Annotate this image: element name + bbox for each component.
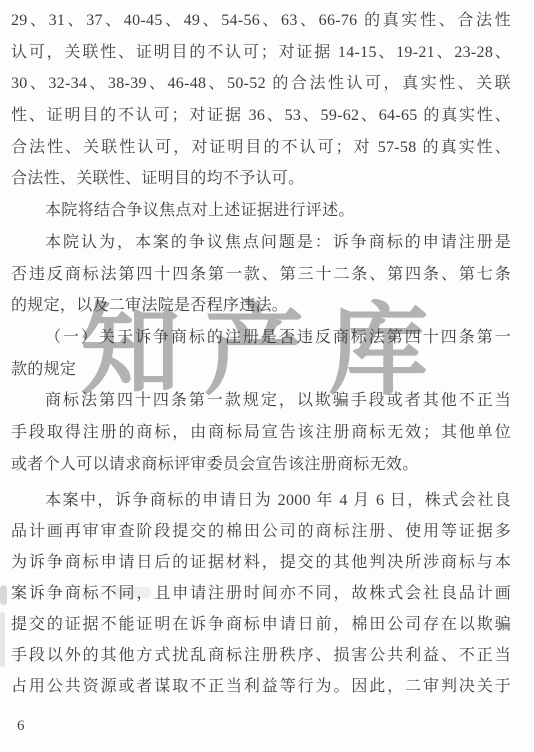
text-line: 款的规定 <box>11 354 511 386</box>
text-line: 占用公共资源或者谋取不正当利益等行为。因此，二审判决关于 <box>11 672 511 703</box>
scan-artifact <box>0 612 5 667</box>
page-number: 6 <box>17 718 25 735</box>
text-line: 的规定，以及二审法院是否程序违法。 <box>11 290 511 322</box>
document-page: 知产库 29、31、37、40-45、49、54-56、63、66-76 的真实… <box>0 0 534 752</box>
text-line: 合法性、关联性认可，对证明目的不认可；对 57-58 的真实性、 <box>11 132 511 164</box>
document-body-text: 29、31、37、40-45、49、54-56、63、66-76 的真实性、合法… <box>11 5 511 703</box>
text-line: 手段以外的其他方式扰乱商标注册秩序、损害公共利益、不正当 <box>11 641 511 672</box>
text-line: 认可，关联性、证明目的不认可；对证据 14-15、19-21、23-28、 <box>11 37 511 69</box>
text-line: （一）关于诉争商标的注册是否违反商标法第四十四条第一 <box>11 322 511 354</box>
text-line: 或者个人可以请求商标评审委员会宣告该注册商标无效。 <box>11 449 511 481</box>
text-line: 本院将结合争议焦点对上述证据进行评述。 <box>11 195 511 227</box>
text-line: 29、31、37、40-45、49、54-56、63、66-76 的真实性、合法… <box>11 5 511 37</box>
text-line: 否违反商标法第四十四条第一款、第三十二条、第四条、第七条 <box>11 259 511 291</box>
text-line: 本案中，诉争商标的申请日为 2000 年 4 月 6 日，株式会社良 <box>11 486 511 517</box>
text-line: 手段取得注册的商标，由商标局宣告该注册商标无效；其他单位 <box>11 417 511 449</box>
text-line: 合法性、关联性、证明目的均不予认可。 <box>11 163 511 195</box>
text-line: 品计画再审审查阶段提交的棉田公司的商标注册、使用等证据多 <box>11 517 511 548</box>
text-line: 本院认为，本案的争议焦点问题是：诉争商标的申请注册是 <box>11 227 511 259</box>
text-line: 30、32-34、38-39、46-48、50-52 的合法性认可，真实性、关联 <box>11 68 511 100</box>
scan-artifact <box>0 585 7 605</box>
text-line: 案诉争商标不同，且申请注册时间亦不同，故株式会社良品计画 <box>11 579 511 610</box>
text-line: 性、证明目的不认可；对证据 36、53、59-62、64-65 的真实性、 <box>11 100 511 132</box>
text-line: 商标法第四十四条第一款规定，以欺骗手段或者其他不正当 <box>11 385 511 417</box>
text-line: 提交的证据不能证明在诉争商标申请日前，棉田公司存在以欺骗 <box>11 610 511 641</box>
text-line: 为诉争商标申请日后的证据材料，提交的其他判决所涉商标与本 <box>11 548 511 579</box>
